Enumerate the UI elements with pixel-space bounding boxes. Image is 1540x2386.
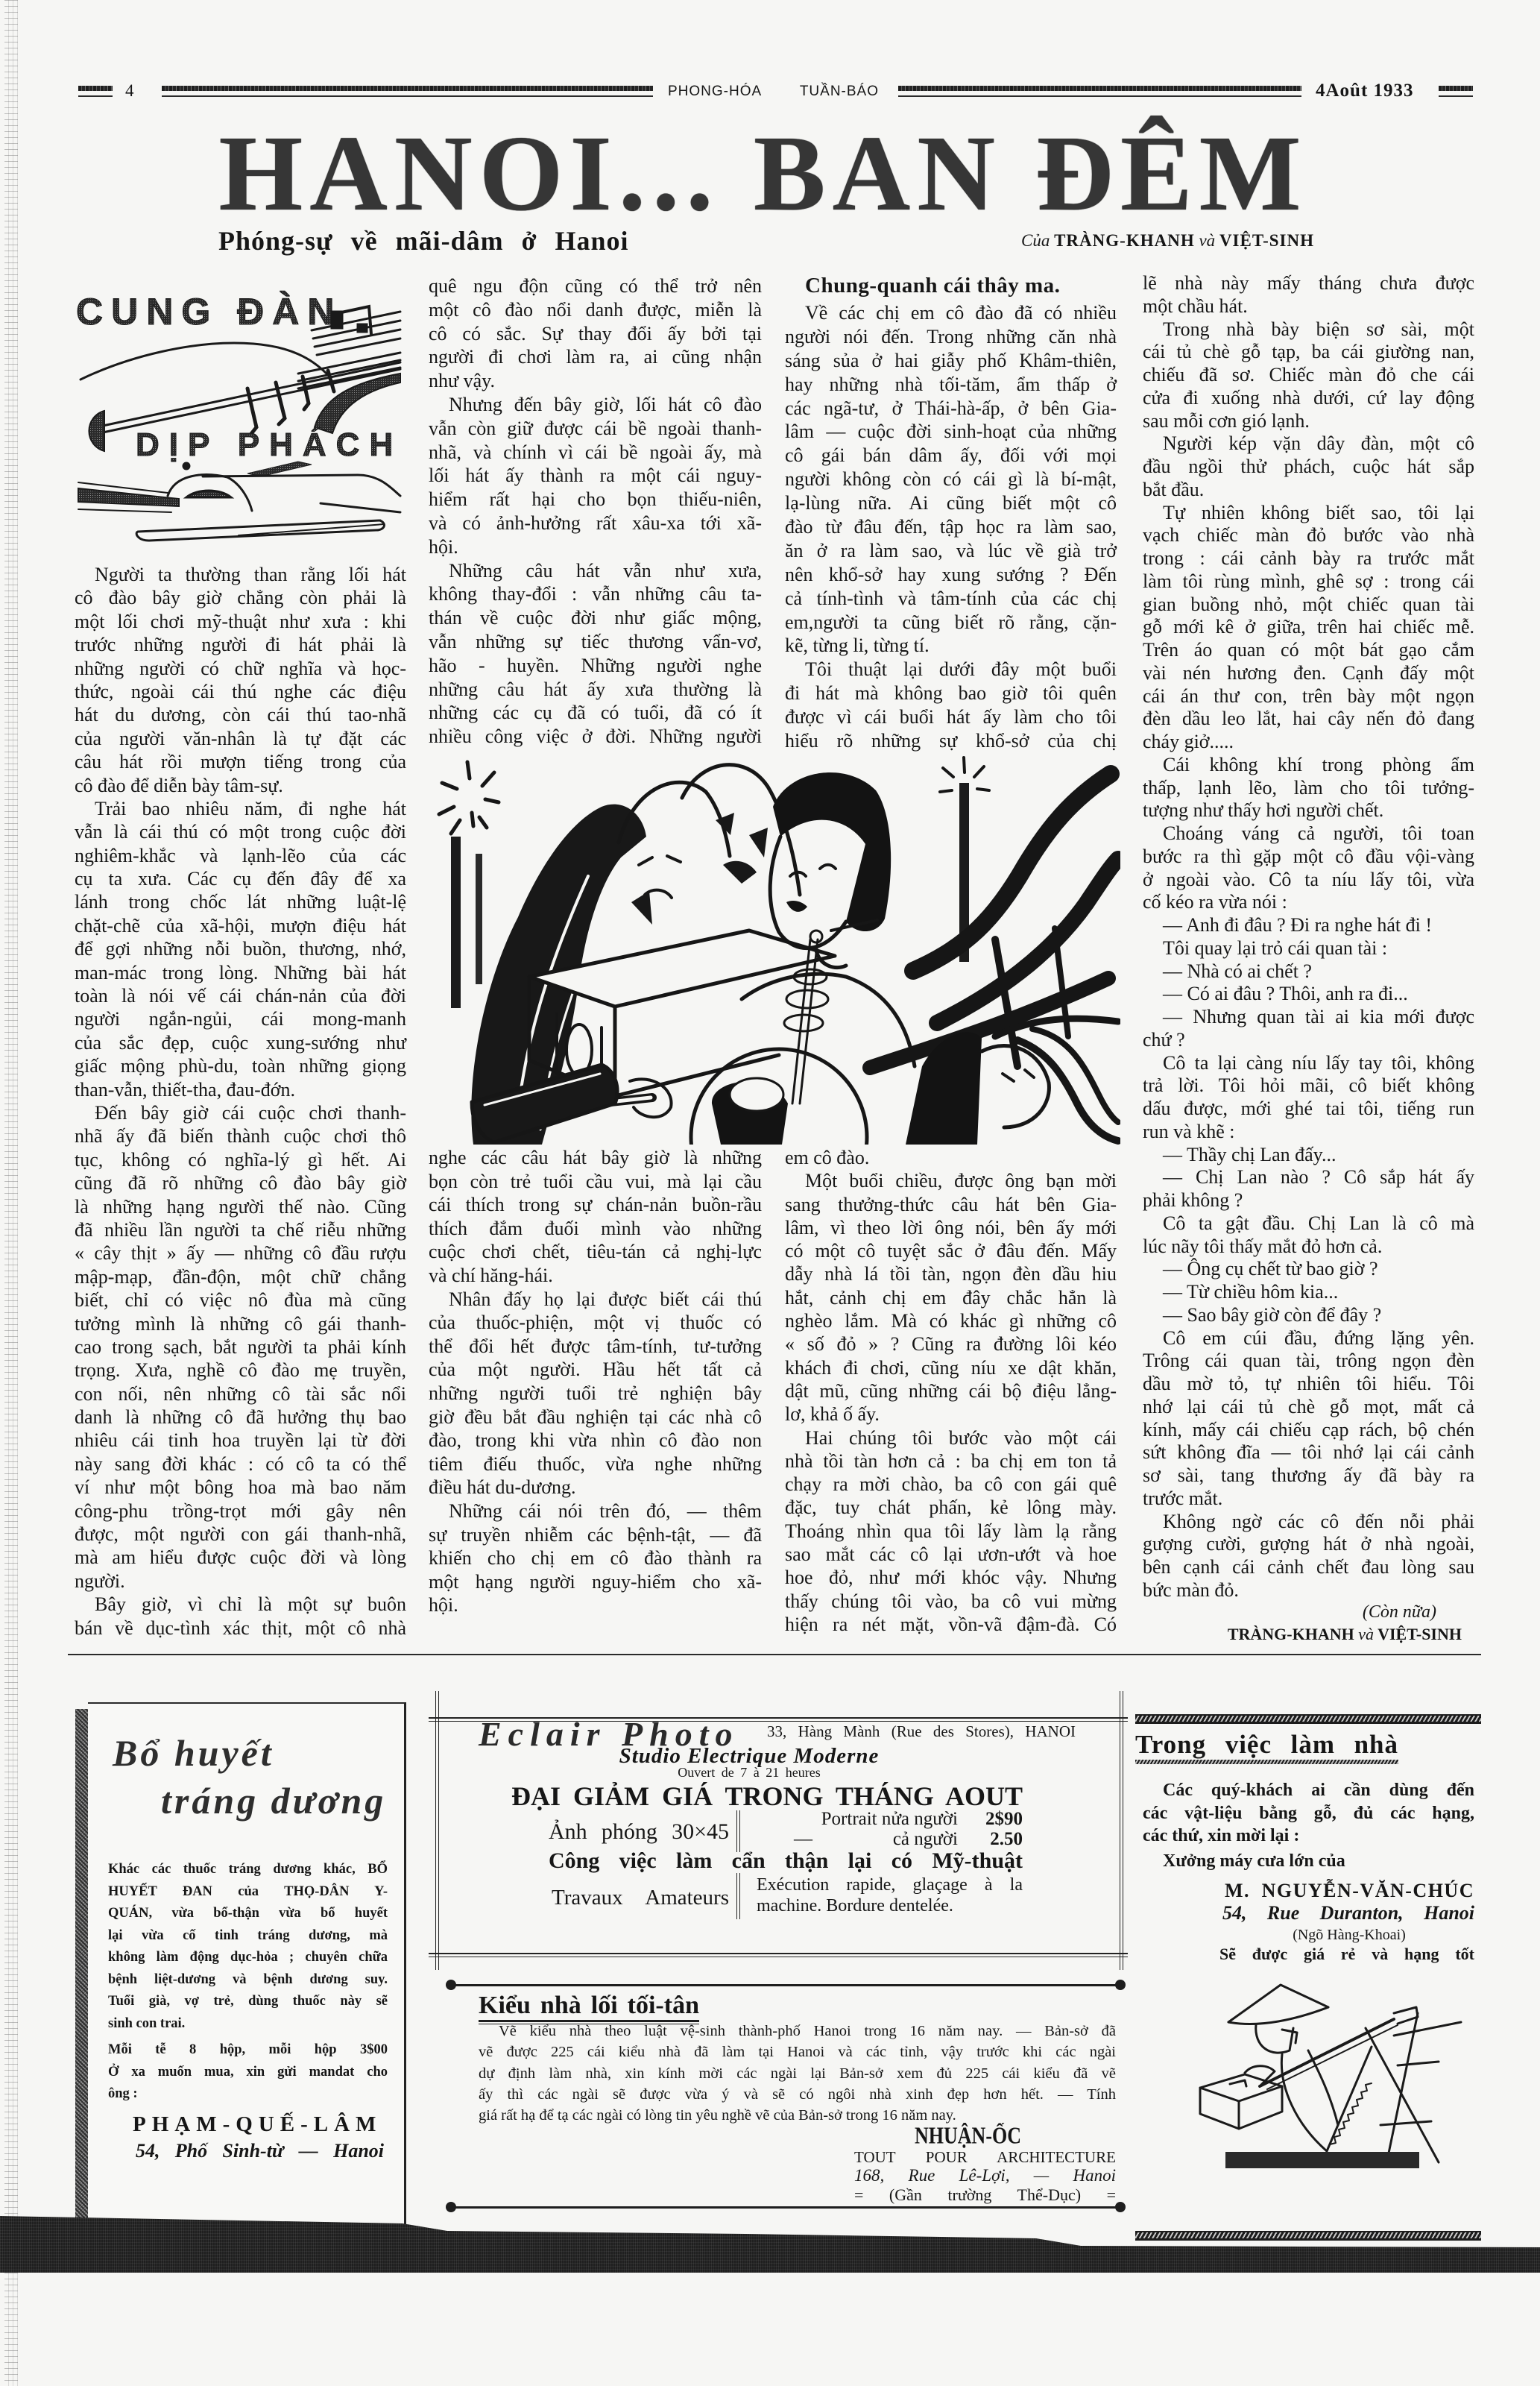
illustration-cung-dan-dip-phach: CUNG ĐÀN DỊP PHÁCH <box>75 278 406 550</box>
text-line: bức màn đỏ. <box>1143 1579 1474 1602</box>
ad-bo-huyet-title: tráng dương <box>161 1778 386 1824</box>
text-line: dầu mờ tỏ, tự nhiên tôi hiểu. Tôi <box>1143 1373 1474 1396</box>
text-line: lúc nãy tôi thấy mắt đỏ hơn cả. <box>1143 1236 1474 1259</box>
text-line: những người tuổi trẻ nghiện bây <box>429 1382 762 1406</box>
ad-eclair-amateur-desc: Exécution rapide, glaçage à lamachine. B… <box>757 1875 1023 1916</box>
paragraph: — Thầy chị Lan đấy... <box>1143 1144 1474 1167</box>
paragraph: Tự nhiên không biết sao, tôi lạivạch chi… <box>1143 502 1474 754</box>
ad-eclair-headline: ĐẠI GIẢM GIÁ TRONG THÁNG AOUT <box>511 1781 1023 1811</box>
text-line: — Nhưng quan tài ai kia mới được <box>1143 1006 1474 1029</box>
paragraph: Xưởng máy cưa lớn của <box>1143 1850 1474 1873</box>
illustration-carpenter-sawing <box>1170 1976 1476 2170</box>
text-line: một lối chơi mỹ-thuật như xưa : khi <box>75 610 406 633</box>
text-line: đào, trong khi vừa nhìn cô đào non <box>429 1429 762 1452</box>
signature-author: TRÀNG-KHANH <box>1228 1625 1354 1643</box>
paragraph: — Nhà có ai chết ? <box>1143 960 1474 983</box>
text-line: người nói đến. Trong những căn nhà <box>785 325 1117 349</box>
ad-lam-nha-body: Các quý-khách ai cần dùng đếncác vật-liệ… <box>1143 1779 1474 1872</box>
text-line: người không còn có cái gì là bí-mật, <box>785 468 1117 491</box>
text-line: Tôi thuật lại dưới đây một buổi <box>785 658 1117 682</box>
text-line: bước ra thì gặp một cô đầu vội-vàng <box>1143 846 1474 869</box>
text-line: trả lời. Tôi hỏi mãi, cô biết không <box>1143 1074 1474 1098</box>
text-line: cao trong sạch, bắt người ta phải kính <box>75 1335 406 1359</box>
text-line: giấc mộng phù-du, toàn những giọng <box>75 1054 406 1077</box>
text-line: nhiêu cái tinh hoa truyền lại từ đời <box>75 1429 406 1452</box>
text-line: lơ, khả ố ấy. <box>785 1403 1117 1426</box>
text-line: nghiêm-khắc và lạnh-lẽo của các <box>75 844 406 867</box>
paragraph: lẽ nhà này mấy tháng chưa đượcmột chầu h… <box>1143 272 1474 318</box>
ad-eclair-hours: Ouvert de 7 à 21 heures <box>600 1763 898 1781</box>
text-line: hoe đỏ, như mới khóc vậy. Nhưng <box>785 1566 1117 1589</box>
text-line: hắt, cảnh chị em đây chắc hẳn là <box>785 1286 1117 1309</box>
ad-corner-knob <box>1115 1980 1126 1990</box>
text-line: phải không ? <box>1143 1189 1474 1212</box>
text-line: cố kéo ra vừa nói : <box>1143 891 1474 914</box>
text-line: có một cô tuyệt sắc ở đâu đến. Mấy <box>785 1239 1117 1262</box>
article-title: HANOI... BAN ĐÊM <box>218 120 1308 228</box>
paragraph: Vẽ kiểu nhà theo luật vệ-sinh thành-phố … <box>479 2021 1116 2126</box>
text-line: thấp, lạnh lẽo, làm cho tôi tưởng- <box>1143 777 1474 800</box>
article-column-3-top: Về các chị em cô đào đã có nhiềungười nó… <box>785 301 1117 753</box>
text-line: bên cạnh cái cảnh chết đau lòng sau <box>1143 1556 1474 1579</box>
text-line: Đến bây giờ cái cuộc chơi thanh- <box>75 1101 406 1124</box>
text-line: sự truyền nhiễm các bệnh-tật, — đã <box>429 1523 762 1547</box>
paragraph: Tôi thuật lại dưới đây một buổiđi hát mà… <box>785 658 1117 753</box>
text-line: cũng đã rõ những cô đào bây giờ <box>75 1171 406 1194</box>
text-line: những câu hát ấy xưa thường là <box>429 678 762 702</box>
ad-eclair-amateur-label: Travaux Amateurs <box>552 1885 729 1910</box>
text-line: Cô ta gật đầu. Chị Lan là cô mà <box>1143 1212 1474 1236</box>
text-line: cụ ta xưa. Các cụ đến đây để xa <box>75 867 406 890</box>
article-column-4: lẽ nhà này mấy tháng chưa đượcmột chầu h… <box>1143 272 1474 1602</box>
ghost-figures <box>619 765 800 925</box>
conical-hat-icon <box>1228 1985 1328 2022</box>
text-line: công-phu trồng-trọt mới gây nên <box>75 1499 406 1523</box>
paragraph: nghe các câu hát bây giờ là nhữngbọn còn… <box>429 1146 762 1288</box>
newspaper-page: 4 PHONG-HÓA TUẦN-BÁO 4Août 1933 HANOI...… <box>0 0 1540 2386</box>
signature-author: VIỆT-SINH <box>1378 1625 1462 1643</box>
paragraph: — Có ai đâu ? Thôi, anh ra đi... <box>1143 983 1474 1006</box>
text-line: tượng như thấy hơi người chết. <box>1143 799 1474 822</box>
article-signature: TRÀNG-KHANH và VIỆT-SINH <box>1193 1623 1462 1646</box>
byline-author: VIỆT-SINH <box>1219 231 1314 250</box>
paragraph: Về các chị em cô đào đã có nhiềungười nó… <box>785 301 1117 658</box>
text-line: lại vừa cố tinh tráng dương, mà <box>108 1925 388 1948</box>
saw-icon <box>1327 2047 1372 2151</box>
ad-lam-nha-promise: Sẽ được giá rẻ và hạng tốt <box>1219 1944 1474 1965</box>
text-line: hiểm rất hại cho bọn thiếu-niên, <box>429 488 762 511</box>
price-label: Portrait nửa người <box>821 1809 958 1830</box>
text-line: được, một người con gái thanh-nhã, <box>75 1523 406 1546</box>
paragraph: — Ông cụ chết từ bao giờ ? <box>1143 1258 1474 1281</box>
text-line: Các quý-khách ai cần dùng đến <box>1143 1779 1474 1802</box>
ad-lam-nha-title: Trong việc làm nhà <box>1135 1730 1398 1760</box>
masthead-rule <box>898 86 1301 97</box>
candle-sparkle-left-icon <box>439 762 499 1008</box>
ad-title-underline <box>1135 1760 1398 1764</box>
text-line: thán về cuộc đời như giấc mộng, <box>429 606 762 630</box>
ad-eclair-address: 33, Hàng Mành (Rue des Stores), HANOI <box>767 1721 1076 1742</box>
paragraph: Exécution rapide, glaçage à lamachine. B… <box>757 1875 1023 1916</box>
paragraph: em cô đào. <box>785 1146 1117 1169</box>
text-line: vẫn những sự tiếc thương vẩn-vơ, <box>429 630 762 654</box>
text-line: nhớ lại cái tủ chè gỗ mọt, mất cả <box>1143 1396 1474 1419</box>
text-line: nhã ấy đã biến thành cuộc chơi thô <box>75 1124 406 1148</box>
text-line: nghe các câu hát bây giờ là những <box>429 1146 762 1170</box>
paragraph: Đến bây giờ cái cuộc chơi thanh-nhã ấy đ… <box>75 1101 406 1593</box>
article-column-1: Người ta thường than rằng lối hátcô đào … <box>75 563 406 1640</box>
text-line: con nối, nên những cô tài sắc nổi <box>75 1382 406 1406</box>
text-line: Nhưng đến bây giờ, lối hát cô đào <box>429 393 762 417</box>
text-line: QUÁN, vừa bổ-thận vừa bổ huyết <box>108 1903 388 1925</box>
text-line: tưởng mình là những cô gái thanh- <box>75 1312 406 1335</box>
text-line: Trên áo quan có một bát gạo cắm <box>1143 639 1474 662</box>
text-line: man-mác trong lòng. Những bài hát <box>75 961 406 984</box>
text-line: « cây thịt » ấy — những cô đầu rượu <box>75 1241 406 1265</box>
text-line: cô có sắc. Sự thay đổi ấy bởi tại <box>429 322 762 346</box>
text-line: Về các chị em cô đào đã có nhiều <box>785 301 1117 325</box>
text-line: cả tính-tình và tâm-tính của các chị <box>785 587 1117 611</box>
ad-border <box>435 1691 439 1970</box>
text-line: điều hát du-dương. <box>429 1476 762 1499</box>
text-line: này sang đời khác : có cô ta có thể <box>75 1452 406 1476</box>
text-line: machine. Bordure dentelée. <box>757 1895 1023 1916</box>
paragraph: Nhưng đến bây giờ, lối hát cô đàovẫn còn… <box>429 393 762 559</box>
masthead-rule <box>1439 86 1473 97</box>
text-line: Ở xa muốn mua, xin gửi mandat cho <box>108 2062 388 2084</box>
text-line: chứ ? <box>1143 1029 1474 1052</box>
text-line: câu hát rồi mượn tiếng trong của <box>75 750 406 773</box>
article-column-2-top: quê ngu độn cũng có thể trở nênmột cô đà… <box>429 274 762 749</box>
text-line: dẫy nhà lá tồi tàn, ngọn đèn dầu hiu <box>785 1262 1117 1285</box>
text-line: đi hát mà không bao giờ tôi quên <box>785 682 1117 705</box>
text-line: bắt đầu. <box>1143 479 1474 502</box>
text-line: các thứ, xin mời lại : <box>1143 1825 1474 1848</box>
text-line: cái án thư con, trên bày một ngọn <box>1143 685 1474 708</box>
to-be-continued-note: (Còn nữa) <box>1327 1601 1436 1623</box>
text-line: hội. <box>429 1593 762 1617</box>
paragraph: Cái không khí trong phòng ẩmthấp, lạnh l… <box>1143 754 1474 822</box>
text-line: Cô em cúi đầu, đứng lặng yên. <box>1143 1327 1474 1350</box>
text-line: đèn dầu leo lắt, hai cây nến đỏ đang <box>1143 708 1474 731</box>
ad-box-shadow <box>75 1709 88 2231</box>
text-line: lạ-lùng nữa. Ai cũng biết một cô <box>785 491 1117 515</box>
text-line: Cô ta lại càng níu lấy tay tôi, không <box>1143 1052 1474 1075</box>
text-line: sứt không đĩa — tôi nhớ lại cái cảnh <box>1143 1441 1474 1464</box>
text-line: cái tủ chè gỗ tạp, ba cái giường nan, <box>1143 341 1474 364</box>
text-line: vẫn còn giữ được cái bề ngoài thanh- <box>429 417 762 441</box>
text-line: Trải bao nhiêu năm, đi nghe hát <box>75 797 406 820</box>
ad-bo-huyet-address: 54, Phố Sinh-từ — Hanoi <box>136 2138 384 2164</box>
paragraph: Cô em cúi đầu, đứng lặng yên.Trông cái q… <box>1143 1327 1474 1511</box>
byline-author: TRÀNG-KHANH <box>1054 231 1195 250</box>
text-line: thấy chúng tôi vào, ba cô vui mừng <box>785 1590 1117 1613</box>
text-line: sáng sủa ở hai giẫy phố Khâm-thiên, <box>785 349 1117 373</box>
ad-border <box>451 2206 1120 2209</box>
text-line: khiến cho chị em cô đào thành ra <box>429 1546 762 1570</box>
text-line: toàn là nói vế cái chán-nản của đời <box>75 984 406 1007</box>
paragraph: Tôi quay lại trỏ cái quan tài : <box>1143 937 1474 960</box>
text-line: lối hát ấy thành ra một cái nguy- <box>429 464 762 488</box>
text-line: lánh trong chốc lát những luật-lệ <box>75 890 406 913</box>
text-line: Bây giờ, vì chỉ là một sự buôn <box>75 1593 406 1616</box>
sawhorse-icon <box>1366 2013 1461 2164</box>
text-line: trước những người đi hát phải là <box>75 633 406 656</box>
paragraph: Hai chúng tôi bước vào một cáinhà tồi tà… <box>785 1426 1117 1637</box>
hand-with-clappers-drawing <box>78 462 400 541</box>
paragraph: Những cái nói trên đó, — thêmsự truyền n… <box>429 1499 762 1617</box>
paragraph: Không ngờ các cô đến nỗi phảigượng cười,… <box>1143 1511 1474 1602</box>
text-line: cô gái bán dâm ấy, đối với mọi <box>785 444 1117 468</box>
text-line: nên khổ-sở hay xung sướng ? Đến <box>785 563 1117 587</box>
text-line: Tự nhiên không biết sao, tôi lại <box>1143 502 1474 525</box>
text-line: — Nhà có ai chết ? <box>1143 960 1474 983</box>
ad-lam-nha-address: 54, Rue Duranton, Hanoi <box>1222 1902 1474 1924</box>
text-line: dấu được, mới ghé tai tôi, tiếng run <box>1143 1098 1474 1121</box>
text-line: dự định làm nhà, xin kính mời các ngài l… <box>479 2063 1116 2084</box>
page-number: 4 <box>125 80 134 102</box>
text-line: người đi chơi làm ra, ai cũng nhận <box>429 345 762 369</box>
text-line: để gợi những nỗi buồn, thương, nhớ, <box>75 937 406 960</box>
price-value: 2.50 <box>990 1829 1023 1850</box>
text-line: chiếu đã sơ. Chiếc màn đỏ che cái <box>1143 364 1474 387</box>
ad-bo-huyet-seller: PHẠM-QUẾ-LÂM <box>133 2111 390 2138</box>
text-line: sau mỗi cơn gió lạnh. <box>1143 410 1474 433</box>
ad-kieu-nha-body: Vẽ kiểu nhà theo luật vệ-sinh thành-phố … <box>479 2021 1116 2126</box>
ad-border <box>451 1984 1120 1986</box>
byline: Của TRÀNG-KHANH và VIỆT-SINH <box>1021 230 1314 252</box>
price-dash: — <box>794 1829 812 1850</box>
text-line: hội. <box>429 535 762 559</box>
text-line: Thoáng nhìn qua tôi lấy làm lạ rằng <box>785 1520 1117 1543</box>
text-line: bệnh liệt-dương và bệnh dương suy. <box>108 1969 388 1992</box>
newspaper-name: PHONG-HÓA TUẦN-BÁO <box>668 81 879 102</box>
signature-conjunction: và <box>1358 1625 1374 1643</box>
ad-border <box>1120 1691 1123 1970</box>
text-line: đào từ đâu đến, tập học ra làm sao, <box>785 515 1117 539</box>
paragraph: Người ta thường than rằng lối hátcô đào … <box>75 563 406 797</box>
text-line: hão - huyền. Những người nghe <box>429 654 762 678</box>
text-line: Trong nhà bày biện sơ sài, một <box>1143 318 1474 341</box>
paragraph: Những câu hát vẫn như xưa,không thay-đổi… <box>429 559 762 749</box>
text-line: sơ sài, tang thương ấy đã bày ra <box>1143 1464 1474 1488</box>
text-line: — Anh đi đâu ? Đi ra nghe hát đi ! <box>1143 914 1474 937</box>
text-line: không thay-đổi : vẫn những câu ta- <box>429 582 762 606</box>
masthead-rule <box>162 86 653 97</box>
text-line: như vậy. <box>429 369 762 393</box>
byline-conjunction: và <box>1199 231 1215 250</box>
text-line: Những câu hát vẫn như xưa, <box>429 559 762 583</box>
text-line: kính, mấy cái chiếu cạp rách, bộ chén <box>1143 1419 1474 1442</box>
text-line: Choáng váng cả người, tôi toan <box>1143 822 1474 846</box>
text-line: vẽ được 225 cái kiểu nhà đã làm tại Hano… <box>479 2042 1116 2062</box>
paragraph: Nhân đấy họ lại được biết cái thúcủa thu… <box>429 1288 762 1499</box>
text-line: là những hạng người thế nào. Cũng <box>75 1195 406 1218</box>
text-line: và chí hăng-hái. <box>429 1264 762 1288</box>
text-line: ở ngoài vào. Cô ta níu lấy tôi, vừa <box>1143 869 1474 892</box>
paragraph: Người kép vặn dây đàn, một côđầu ngồi th… <box>1143 432 1474 501</box>
text-line: mà am hiểu được cuộc đời và lòng <box>75 1546 406 1569</box>
text-line: vài nén hương đen. Cạnh đấy một <box>1143 662 1474 685</box>
text-line: Một buổi chiều, được ông bạn mời <box>785 1169 1117 1192</box>
paragraph: Cô ta lại càng níu lấy tay tôi, khôngtrả… <box>1143 1052 1474 1144</box>
art-title-line2: DỊP PHÁCH <box>136 426 403 463</box>
text-line: cuộc chơi chết, tiêu-tán cả nghị-lực <box>429 1240 762 1264</box>
paragraph: Mỗi tễ 8 hộp, mỗi hộp 3$00Ở xa muốn mua,… <box>108 2039 388 2106</box>
paragraph: Khác các thuốc tráng dương khác, BỔHUYẾT… <box>108 1859 388 2035</box>
ad-eclair-price-row: Portrait nửa người 2$90 <box>757 1809 1023 1830</box>
text-line: than-vẫn, thiết-tha, đau-đớn. <box>75 1078 406 1101</box>
text-line: — Ông cụ chết từ bao giờ ? <box>1143 1258 1474 1281</box>
text-line: người. <box>75 1570 406 1593</box>
text-line: thích đắm đuối mình vào những <box>429 1217 762 1241</box>
ad-kieu-nha-title: Kiểu nhà lối tối-tân <box>479 1991 699 2021</box>
text-line: gỗ mới kê ở giữa, trên hai chiếc mễ. <box>1143 616 1474 639</box>
text-line: cháy giở..... <box>1143 731 1474 754</box>
text-line: trước mắt. <box>1143 1488 1474 1511</box>
text-line: Tuổi già, vợ trẻ, dùng thuốc này sẽ <box>108 1991 388 2013</box>
text-line: vạch chiếc màn đỏ bước vào nhà <box>1143 524 1474 547</box>
text-line: mập-mạp, đần-độn, một chữ chẳng <box>75 1265 406 1288</box>
text-line: cửa đi xuống nhà dưới, cứ lay động <box>1143 387 1474 410</box>
text-line: « số đỏ » ? Cũng ra đường lôi kéo <box>785 1332 1117 1356</box>
text-line: em,người ta cũng biết rõ rằng, cặn- <box>785 611 1117 635</box>
article-subtitle: Phóng-sự về mãi-dâm ở Hanoi <box>218 226 629 256</box>
text-line: cái thích trong sự chán-nản buồn-rầu <box>429 1193 762 1217</box>
text-line: các ngã-tư, ở Thái-hà-ấp, ở bên Gia- <box>785 397 1117 421</box>
paragraph: Các quý-khách ai cần dùng đếncác vật-liệ… <box>1143 1779 1474 1848</box>
text-line: Mỗi tễ 8 hộp, mỗi hộp 3$00 <box>108 2039 388 2062</box>
paragraph: — Anh đi đâu ? Đi ra nghe hát đi ! <box>1143 914 1474 937</box>
text-line: thức, ngoài cái thú nghe các điệu <box>75 680 406 703</box>
text-line: không làm động dục-hỏa ; chuyên chữa <box>108 1947 388 1969</box>
text-line: những các cụ đã có tuổi, đã có ít <box>429 701 762 725</box>
text-line: nhà tồi tàn hơn cả : ba chị em ton tả <box>785 1449 1117 1473</box>
text-line: đầu ngồi thử phách, cuộc hát sắp <box>1143 456 1474 479</box>
text-line: — Thầy chị Lan đấy... <box>1143 1144 1474 1167</box>
text-line: và có ảnh-hưởng rất xâu-xa tới xã- <box>429 511 762 535</box>
text-line: đã nhiều lần người ta chế riễu những <box>75 1218 406 1241</box>
text-line: của sắc đẹp, cuộc xung-sướng như <box>75 1031 406 1054</box>
ads-separator-rule <box>68 1654 1481 1655</box>
text-line: các vật-liệu bằng gỗ, đủ các hạng, <box>1143 1802 1474 1825</box>
ad-eclair-enlargement: Ảnh phóng 30×45 <box>549 1819 729 1845</box>
dark-hair-streaks <box>870 774 1118 1068</box>
text-line: người ngắn-ngủi, cái mong-manh <box>75 1007 406 1030</box>
text-line: vẫn là cái thú có một trong cuộc đời <box>75 820 406 843</box>
ad-hatched-band <box>1135 1714 1481 1724</box>
text-line: Khác các thuốc tráng dương khác, BỔ <box>108 1859 388 1881</box>
masthead-rule <box>78 86 113 97</box>
ad-corner-knob <box>1115 2202 1126 2212</box>
byline-prefix: Của <box>1021 231 1050 250</box>
text-line: thể đổi hết được tâm-tính, tư-tưởng <box>429 1335 762 1359</box>
text-line: danh là những cô đã hưởng thụ bao <box>75 1406 406 1429</box>
text-line: hát du dương, còn cái thú tao-nhã <box>75 703 406 726</box>
text-line: lâm, vì theo lời ông nói, bên ấy mới <box>785 1216 1117 1239</box>
text-line: nhã, và chính vì cái bề ngoài ấy, mà <box>429 441 762 465</box>
text-line: khách đi chơi, cũng níu xe dật khăn, <box>785 1356 1117 1379</box>
text-line: — Có ai đâu ? Thôi, anh ra đi... <box>1143 983 1474 1006</box>
text-line: đặc, tuy chát phấn, kẻ lông mày. <box>785 1496 1117 1519</box>
paragraph: — Sao bây giờ còn để đây ? <box>1143 1304 1474 1327</box>
article-column-3-bottom: em cô đào.Một buổi chiều, được ông bạn m… <box>785 1146 1117 1636</box>
text-line: ăn ở ra làm sao, và lúc về già trở <box>785 539 1117 563</box>
text-line: của một người. Hầu hết tất cả <box>429 1358 762 1382</box>
text-line: Tôi quay lại trỏ cái quan tài : <box>1143 937 1474 960</box>
text-line: Người ta thường than rằng lối hát <box>75 563 406 586</box>
text-line: nghèo lắm. Mà có khác gì những cô <box>785 1309 1117 1332</box>
scanned-page-edge <box>4 0 18 2386</box>
paragraph: Trải bao nhiêu năm, đi nghe hátvẫn là cá… <box>75 797 406 1101</box>
illustration-singer-and-coffin <box>429 753 1120 1145</box>
text-line: lẽ nhà này mấy tháng chưa được <box>1143 272 1474 295</box>
paragraph: Trong nhà bày biện sơ sài, mộtcái tủ chè… <box>1143 318 1474 433</box>
text-line: những người có chữ nghĩa và học- <box>75 657 406 680</box>
text-line: bọn còn trẻ tuổi cầu vui, mà lại cầu <box>429 1170 762 1194</box>
text-line: giờ đều bắt đầu nghiện tại các nhà cô <box>429 1406 762 1429</box>
text-line: Cái không khí trong phòng ẩm <box>1143 754 1474 777</box>
paragraph: — Chị Lan nào ? Cô sắp hát ấyphải không … <box>1143 1166 1474 1212</box>
text-line: em cô đào. <box>785 1146 1117 1169</box>
scan-shadow-band <box>0 2216 1540 2273</box>
text-line: hiện ra nét mặt, vồn-vã đậm-đà. Có <box>785 1613 1117 1636</box>
text-line: dật mũ, cũng những cái bộ điệu lẳng- <box>785 1379 1117 1403</box>
text-line: hiểu rõ những sự khổ-sở của chị <box>785 729 1117 753</box>
text-line: Không ngờ các cô đến nỗi phải <box>1143 1511 1474 1534</box>
article-column-2-bottom: nghe các câu hát bây giờ là nhữngbọn còn… <box>429 1146 762 1617</box>
text-line: — Từ chiều hôm kia... <box>1143 1281 1474 1304</box>
text-line: cô đào bây giờ chẳng còn phải là <box>75 586 406 609</box>
paragraph: Bây giờ, vì chỉ là một sự buônbán về dục… <box>75 1593 406 1640</box>
text-line: lâm — cuộc đời sinh-hoạt của những <box>785 420 1117 444</box>
text-line: Người kép vặn dây đàn, một cô <box>1143 432 1474 456</box>
text-line: nhiều công việc ở đời. Những người <box>429 725 762 749</box>
issue-date: 4Août 1933 <box>1316 79 1427 103</box>
text-line: ví như một bông hoa mà bao năm <box>75 1476 406 1499</box>
ad-border <box>429 1953 1128 1957</box>
text-line: quê ngu độn cũng có thể trở nên <box>429 274 762 298</box>
ad-bo-huyet-body: Khác các thuốc tráng dương khác, BỔHUYẾT… <box>108 1859 388 2106</box>
text-line: ấy thì các ngài sẽ được vừa ý và sẽ có n… <box>479 2084 1116 2105</box>
section-heading: Chung-quanh cái thây ma. <box>805 271 1060 300</box>
paragraph: — Từ chiều hôm kia... <box>1143 1281 1474 1304</box>
ad-lam-nha-alley: (Ngõ Hàng-Khoai) <box>1267 1926 1431 1944</box>
paragraph: Cô ta gật đầu. Chị Lan là cô màlúc nãy t… <box>1143 1212 1474 1259</box>
text-line: bán về dục-tình xác thịt, một cô nhà <box>75 1617 406 1640</box>
paragraph: quê ngu độn cũng có thể trở nênmột cô đà… <box>429 274 762 393</box>
text-line: — Sao bây giờ còn để đây ? <box>1143 1304 1474 1327</box>
text-line: HUYẾT ĐAN của THỌ-DÂN Y- <box>108 1881 388 1904</box>
text-line: chạy ra mời chào, ba cô con gái quê <box>785 1473 1117 1496</box>
text-line: Xưởng máy cưa lớn của <box>1143 1850 1474 1873</box>
text-line: Vẽ kiểu nhà theo luật vệ-sinh thành-phố … <box>479 2021 1116 2042</box>
ad-corner-knob <box>446 2202 456 2212</box>
text-line: trọng. Xưa, nghề cô đào mẹ truyền, <box>75 1359 406 1382</box>
text-line: Những cái nói trên đó, — thêm <box>429 1499 762 1523</box>
paragraph: Choáng váng cả người, tôi toanbước ra th… <box>1143 822 1474 914</box>
text-line: run và khẽ : <box>1143 1121 1474 1144</box>
ad-kieu-nha-landmark: = (Gần trường Thể-Dục) = <box>854 2185 1116 2205</box>
text-line: của người văn-nhân là tự đặt các <box>75 727 406 750</box>
text-line: sao mắt các cô lại ươn-ướt và hoe <box>785 1543 1117 1566</box>
paragraph: Một buổi chiều, được ông bạn mờisang thư… <box>785 1169 1117 1426</box>
ad-corner-knob <box>446 1980 456 1990</box>
text-line: — Chị Lan nào ? Cô sắp hát ấy <box>1143 1166 1474 1189</box>
text-line: sang thưởng-thức câu hát bên Gia- <box>785 1193 1117 1216</box>
text-line: gian buồng nhỏ, một chiếc quan tài <box>1143 594 1474 617</box>
price-label: cả người <box>893 1829 958 1850</box>
